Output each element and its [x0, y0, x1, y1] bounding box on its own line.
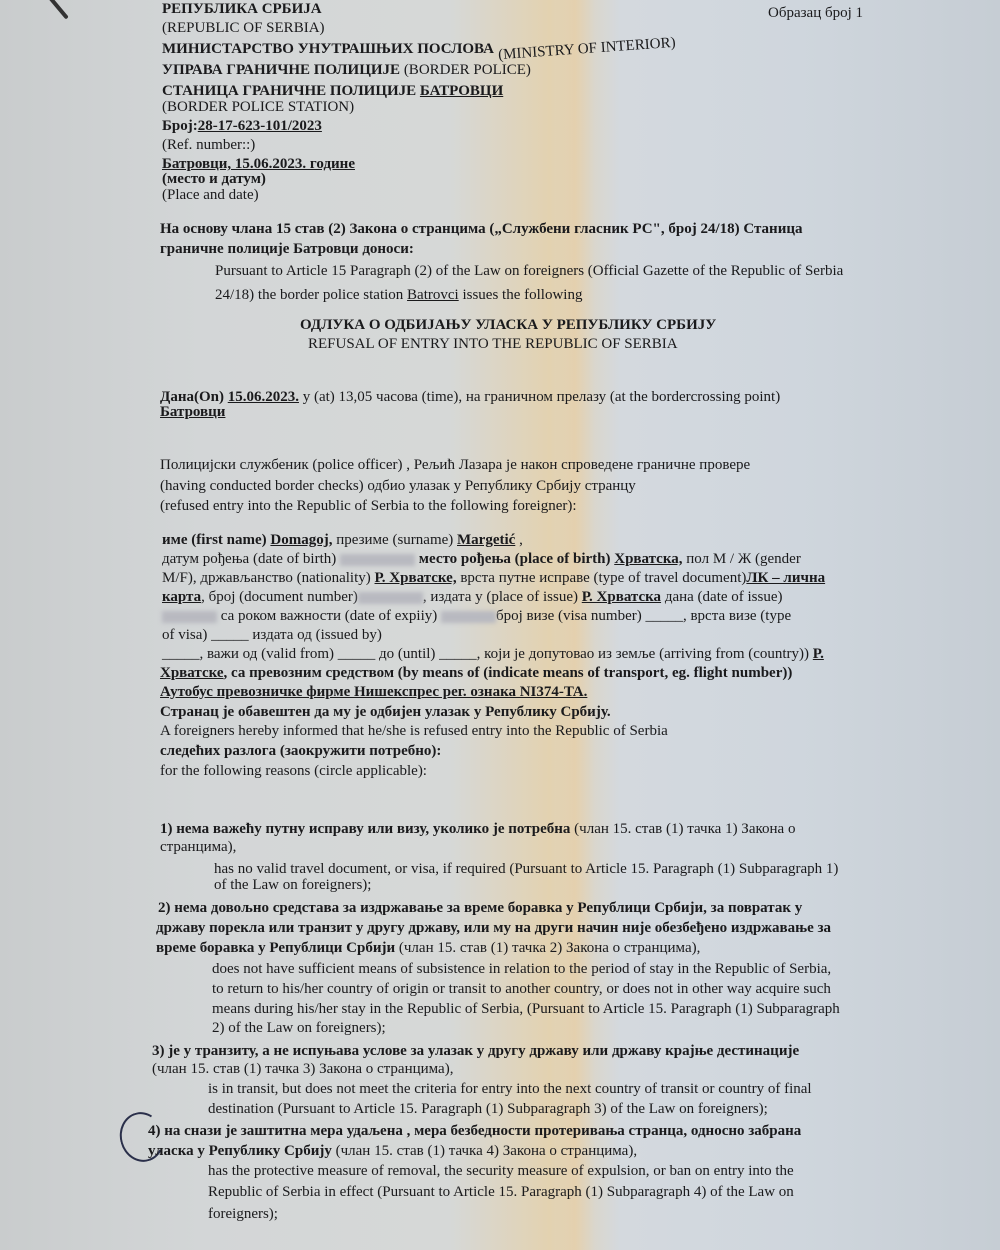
transport-label: , са превозним средством (by means of (i…	[224, 665, 793, 681]
pob-label: место рођења (place of birth)	[419, 551, 611, 567]
surname: Margetić	[457, 532, 515, 548]
event-crossing: Батровци	[160, 403, 225, 422]
reason-1-en-2: of the Law on foreigners);	[214, 876, 371, 895]
preamble-station: Batrovci	[407, 287, 459, 303]
title-sr: ОДЛУКА О ОДБИЈАЊУ УЛАСКА У РЕПУБЛИКУ СРБ…	[300, 316, 716, 335]
surname-label: презиме (surname)	[336, 532, 453, 548]
issue-date-label: дана (date of issue)	[665, 589, 783, 605]
expiry-redacted	[441, 611, 496, 623]
reason-4-en-2: Republic of Serbia in effect (Pursuant t…	[208, 1183, 794, 1202]
preamble-en-2: 24/18) the border police station Batrovc…	[215, 286, 582, 305]
station-name: БАТРОВЦИ	[420, 83, 503, 99]
expiry-line: са роком важности (date of expiiy) број …	[162, 607, 791, 626]
nationality-label: M/F), држављанство (nationality)	[162, 570, 371, 586]
ref-number: 28-17-623-101/2023	[198, 118, 322, 134]
reason-4-sr: на снази је заштитна мера удаљена , мера…	[164, 1123, 801, 1139]
reason-3-num: 3)	[152, 1043, 165, 1059]
preamble-sr-2: граничне полиције Батровци доноси:	[160, 240, 414, 259]
header-directorate: УПРАВА ГРАНИЧНЕ ПОЛИЦИЈЕ (BORDER POLICE)	[162, 61, 531, 80]
reason-4-sr-2: уласка у Републику Србију (члан 15. став…	[148, 1142, 637, 1161]
reason-1-sr-1: 1) нема важећу путну исправу или визу, у…	[160, 820, 795, 839]
arriving-from: Р.	[813, 646, 824, 662]
reasons-en: for the following reasons (circle applic…	[160, 762, 427, 781]
reason-2-ref: (члан 15. став (1) тачка 2) Закона о стр…	[395, 940, 700, 956]
officer-3: (refused entry into the Republic of Serb…	[160, 497, 577, 516]
doc-number-redacted	[358, 592, 423, 604]
doc-type-label: врста путне исправе (type of travel docu…	[460, 570, 746, 586]
event-at: у (at) 13,05 часова (time), на граничном…	[303, 389, 781, 405]
header-station-en: (BORDER POLICE STATION)	[162, 98, 354, 117]
officer-2: (having conducted border checks) одбио у…	[160, 477, 636, 496]
reason-3-sr: је у транзиту, а не испуњава услове за у…	[168, 1043, 799, 1059]
station-sr: СТАНИЦА ГРАНИЧНЕ ПОЛИЦИЈЕ	[162, 83, 416, 99]
header-republic: РЕПУБЛИКА СРБИЈА	[162, 0, 322, 19]
reason-1-num: 1)	[160, 821, 173, 837]
reasons-sr: следећих разлога (заокружити потребно):	[160, 742, 441, 761]
ref-label: Број:	[162, 118, 198, 134]
document-photo: Образац број 1 РЕПУБЛИКА СРБИЈА (REPUBLI…	[0, 0, 1000, 1250]
doc-number-line: карта, број (document number), издата у …	[162, 588, 783, 607]
pob: Хрватска,	[614, 551, 682, 567]
reason-4-sr-1: 4) на снази је заштитна мера удаљена , м…	[148, 1122, 801, 1141]
officer-1: Полицијски службеник (police officer) , …	[160, 456, 750, 475]
event-date: 15.06.2023.	[228, 389, 299, 405]
reason-2-en-4: 2) of the Law on foreigners);	[212, 1019, 386, 1038]
reason-2-sr-2: државу порекла или транзит у другу држав…	[156, 919, 831, 938]
preamble-en-2a: 24/18) the border police station	[215, 287, 407, 303]
directorate-sr: УПРАВА ГРАНИЧНЕ ПОЛИЦИЈЕ	[162, 62, 400, 78]
reason-1-sr-2: странцима),	[160, 838, 236, 857]
issued-in-label: , издата у (place of issue)	[423, 589, 578, 605]
transport-line: Хрватске, са превозним средством (by mea…	[160, 664, 792, 683]
reason-1-sr: нема важећу путну исправу или визу, укол…	[176, 821, 570, 837]
reason-2-sr-1: 2) нема довољно средстава за издржавање …	[158, 899, 802, 918]
notice-en: A foreigners hereby informed that he/she…	[160, 722, 668, 741]
visa-type-line: of visa) _____ издата од (issued by)	[162, 626, 382, 645]
place-date-en: (Place and date)	[162, 186, 259, 205]
form-number: Образац број 1	[768, 4, 863, 23]
reason-2-en-3: means during his/her stay in the Republi…	[212, 1000, 840, 1019]
header-ministry: МИНИСТАРСТВО УНУТРАШЊИХ ПОСЛОВА (MINISTR…	[162, 40, 675, 59]
issued-in: Р. Хрватска	[582, 589, 661, 605]
ministry-sr: МИНИСТАРСТВО УНУТРАШЊИХ ПОСЛОВА	[162, 41, 494, 57]
reason-2-sr3: време боравка у Републици Србији	[156, 940, 395, 956]
dob-redacted	[340, 554, 415, 566]
valid-label: _____, важи од (valid from) _____ до (un…	[162, 646, 809, 662]
title-en: REFUSAL OF ENTRY INTO THE REPUBLIC OF SE…	[308, 335, 678, 354]
first-name-label: име (first name)	[162, 532, 267, 548]
reason-4-en-3: foreigners);	[208, 1205, 278, 1224]
reason-4-ref: (члан 15. став (1) тачка 4) Закона о стр…	[332, 1143, 637, 1159]
reason-2-sr-3: време боравка у Републици Србији (члан 1…	[156, 939, 700, 958]
doc-type-2: карта	[162, 589, 201, 605]
valid-line: _____, важи од (valid from) _____ до (un…	[162, 645, 824, 664]
pen-tip	[45, 0, 69, 20]
reason-3-en-2: destination (Pursuant to Article 15. Par…	[208, 1100, 768, 1119]
doc-type: ЛК – лична	[746, 570, 825, 586]
reason-2-en-2: to return to his/her country of origin o…	[212, 980, 831, 999]
reason-2-num: 2)	[158, 900, 171, 916]
transport-value: Аутобус превозничке фирме Нишекспрес рег…	[160, 683, 587, 702]
nationality-line: M/F), држављанство (nationality) Р. Хрва…	[162, 569, 825, 588]
dob-line: датум рођења (date of birth) место рођењ…	[162, 550, 801, 569]
gender-label: пол М / Ж (gender	[686, 551, 801, 567]
first-name: Domagoj,	[270, 532, 332, 548]
reason-2-en-1: does not have sufficient means of subsis…	[212, 960, 831, 979]
name-line: име (first name) Domagoj, презиме (surna…	[162, 531, 523, 550]
arriving-from-2: Хрватске	[160, 665, 224, 681]
issue-date-redacted	[162, 611, 217, 623]
ref-line: Број:28-17-623-101/2023	[162, 117, 322, 136]
reason-4-en-1: has the protective measure of removal, t…	[208, 1162, 794, 1181]
reason-1-ref: (члан 15. став (1) тачка 1) Закона о	[570, 821, 795, 837]
directorate-en: (BORDER POLICE)	[404, 62, 531, 78]
reason-3-sr-1: 3) је у транзиту, а не испуњава услове з…	[152, 1042, 799, 1061]
ref-en: (Ref. number::)	[162, 136, 255, 155]
event-line: Дана(On) 15.06.2023. у (at) 13,05 часова…	[160, 388, 780, 407]
preamble-en-1: Pursuant to Article 15 Paragraph (2) of …	[215, 262, 843, 281]
preamble-en-2b: issues the following	[459, 287, 583, 303]
reason-4-sr2: уласка у Републику Србију	[148, 1143, 332, 1159]
reason-2-sr: нема довољно средстава за издржавање за …	[174, 900, 802, 916]
expiry-label: са роком важности (date of expiiy)	[221, 608, 438, 624]
reason-3-sr-2: (члан 15. став (1) тачка 3) Закона о стр…	[152, 1060, 453, 1079]
header-republic-en: (REPUBLIC OF SERBIA)	[162, 19, 325, 38]
visa-number-label: број визе (visa number) _____, врста виз…	[496, 608, 791, 624]
nationality: Р. Хрватске,	[375, 570, 457, 586]
dob-label: датум рођења (date of birth)	[162, 551, 336, 567]
preamble-sr-1: На основу члана 15 став (2) Закона о стр…	[160, 220, 803, 239]
reason-4-num: 4)	[148, 1123, 161, 1139]
notice-sr: Странац је обавештен да му је одбијен ул…	[160, 703, 611, 722]
reason-3-en-1: is in transit, but does not meet the cri…	[208, 1080, 812, 1099]
doc-number-label: , број (document number)	[201, 589, 358, 605]
